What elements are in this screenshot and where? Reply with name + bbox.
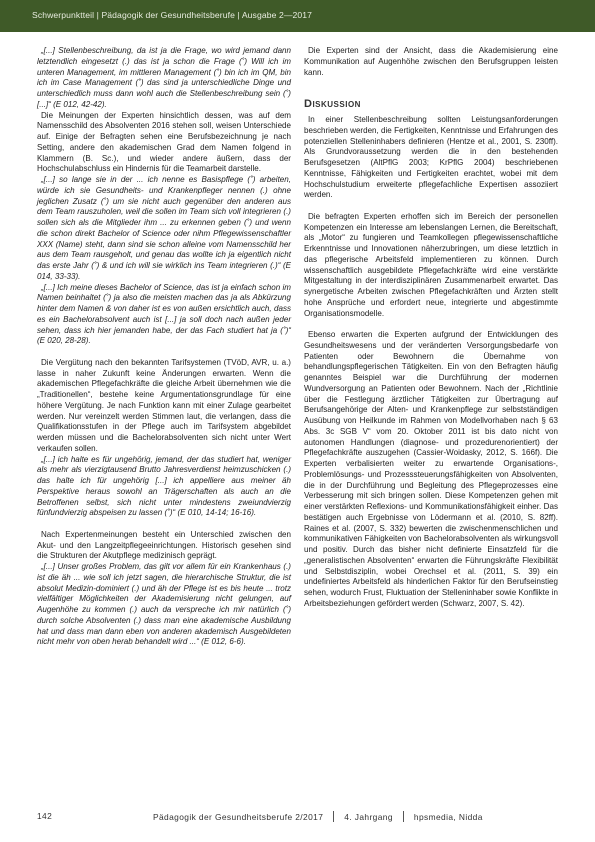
paragraph-gap: [37, 519, 291, 530]
left-column: „[...] Stellenbeschreibung, da ist ja di…: [37, 46, 291, 648]
section-heading: Diskussion: [304, 97, 558, 111]
footer-volume: 4. Jahrgang: [344, 812, 393, 822]
footer-journal: Pädagogik der Gesundheitsberufe 2/2017: [153, 812, 323, 822]
paragraph-gap: [304, 78, 558, 89]
body-paragraph: Die Meinungen der Experten hinsichtlich …: [37, 111, 291, 176]
footer-info: Pädagogik der Gesundheitsberufe 2/2017 4…: [153, 811, 483, 822]
header-bar: Schwerpunktteil | Pädagogik der Gesundhe…: [0, 0, 595, 32]
interview-quote: „[...] Stellenbeschreibung, da ist ja di…: [37, 46, 291, 111]
paragraph-gap: [304, 319, 558, 330]
interview-quote: „[...] ich halte es für ungehörig, jeman…: [37, 455, 291, 520]
footer-publisher: hpsmedia, Nidda: [414, 812, 483, 822]
footer-separator: [403, 811, 404, 822]
interview-quote: „[...] Unser großes Problem, das gilt vo…: [37, 562, 291, 648]
interview-quote: „[...] Ich meine dieses Bachelor of Scie…: [37, 283, 291, 348]
paragraph-gap: [37, 347, 291, 358]
body-paragraph: Ebenso erwarten die Experten aufgrund de…: [304, 330, 558, 610]
running-header: Schwerpunktteil | Pädagogik der Gesundhe…: [32, 10, 312, 20]
body-paragraph: Die Vergütung nach den bekannten Tarifsy…: [37, 358, 291, 455]
footer-separator: [333, 811, 334, 822]
body-paragraph: Nach Expertenmeinungen besteht ein Unter…: [37, 530, 291, 562]
body-paragraph: Die befragten Experten erhoffen sich im …: [304, 212, 558, 320]
body-paragraph: Die Experten sind der Ansicht, dass die …: [304, 46, 558, 78]
interview-quote: „[...] so lange sie in der ... ich nenne…: [37, 175, 291, 283]
body-paragraph: In einer Stellenbeschreibung sollten Lei…: [304, 115, 558, 201]
page-number: 142: [37, 811, 52, 821]
right-column: Die Experten sind der Ansicht, dass die …: [304, 46, 558, 610]
paragraph-gap: [304, 201, 558, 212]
